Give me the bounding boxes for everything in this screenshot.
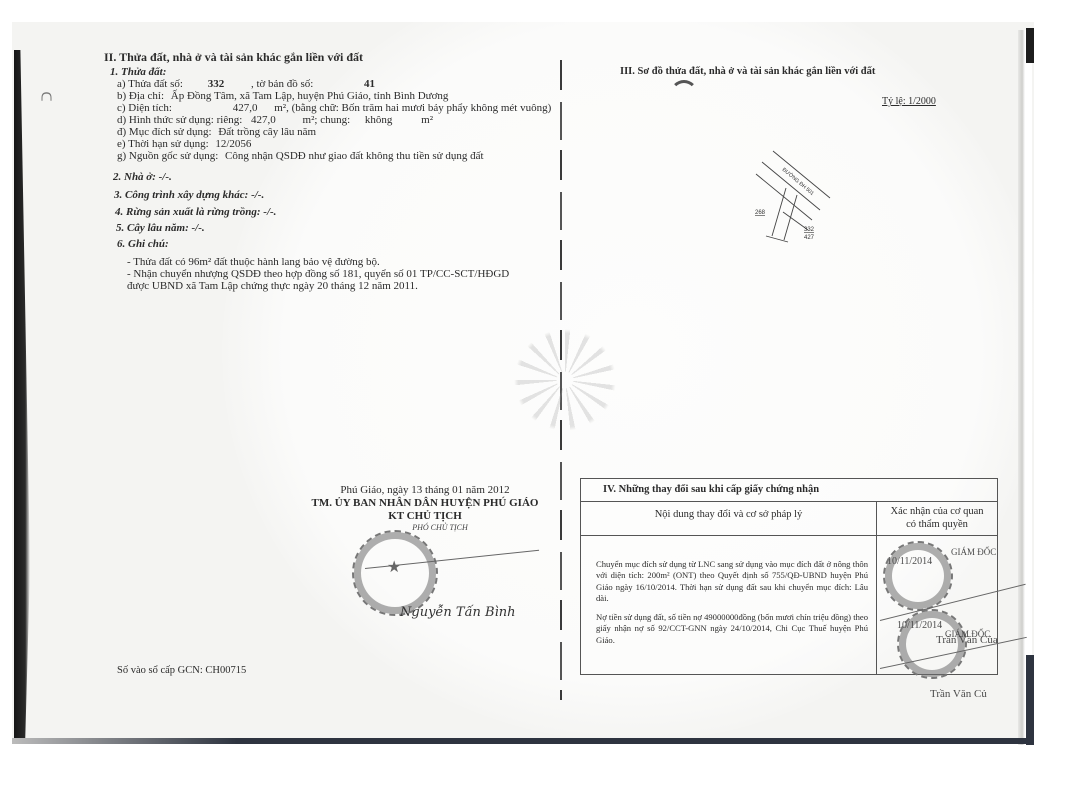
usage-form-label: d) Hình thức sử dụng: riêng: [117, 114, 242, 126]
stamp-date: 10/11/2014 [897, 620, 942, 631]
term-value: 12/2056 [215, 138, 251, 150]
section-iii-title: III. Sơ đồ thửa đất, nhà ở và tài sản kh… [620, 66, 875, 78]
register-number: Số vào sổ cấp GCN: CH00715 [117, 665, 246, 677]
address-label: b) Địa chỉ: [117, 90, 164, 102]
confirm-header-line2: có thẩm quyền [877, 518, 997, 531]
production-forest-item: 4. Rừng sản xuất là rừng trồng: -/-. [115, 206, 276, 218]
column-header-content: Nội dung thay đổi và cơ sở pháp lý [581, 509, 876, 520]
deputy-title: PHÓ CHỦ TỊCH [335, 523, 545, 532]
term-row: e) Thời hạn sử dụng: 12/2056 [117, 138, 251, 150]
address-value: Ấp Đồng Tâm, xã Tam Lập, huyện Phú Giáo,… [171, 90, 449, 102]
scan-shadow-bottom [12, 738, 1034, 744]
origin-row: g) Nguồn gốc sử dụng: Công nhận QSDĐ như… [117, 150, 484, 162]
usage-form-row: d) Hình thức sử dụng: riêng: 427,0 m²; c… [117, 114, 433, 126]
note-line: được UBND xã Tam Lập chứng thực ngày 20 … [127, 280, 418, 292]
stamp-title: GIÁM ĐỐC [951, 547, 996, 557]
stamp-signer-name: Trần Văn Củ [930, 688, 987, 700]
clip-mark-icon: ᑕ [37, 91, 54, 101]
other-construction-item: 3. Công trình xây dựng khác: -/-. [114, 189, 264, 201]
issuer-signature-block: Phú Giáo, ngày 13 tháng 01 năm 2012 TM. … [305, 484, 545, 532]
shared-label: m²; chung: [303, 114, 351, 126]
purpose-row: đ) Mục đích sử dụng: Đất trồng cây lâu n… [117, 126, 316, 138]
origin-value: Công nhận QSDĐ như giao đất không thu ti… [225, 150, 484, 162]
star-watermark-icon [505, 320, 625, 440]
parcel-row: a) Thửa đất số: 332 , tờ bản đồ số: 41 [117, 78, 375, 90]
shared-unit: m² [421, 114, 433, 126]
purpose-value: Đất trồng cây lâu năm [218, 126, 316, 138]
private-area-value: 427,0 [251, 114, 276, 126]
column-header-confirmation: Xác nhận của cơ quan có thẩm quyền [877, 505, 997, 531]
neighbor-parcel-label: 268 [755, 210, 766, 216]
address-row: b) Địa chỉ: Ấp Đồng Tâm, xã Tam Lập, huy… [117, 90, 448, 102]
section-iv-title: IV. Những thay đổi sau khi cấp giấy chứn… [603, 484, 819, 495]
map-scale: Tỷ lệ: 1/2000 [882, 96, 936, 108]
area-value: 427,0 [233, 102, 258, 114]
area-label: c) Diện tích: [117, 102, 172, 114]
signer-role: KT CHỦ TỊCH [305, 510, 545, 523]
parcel-sketch-map: ĐƯỜNG ĐH 501 268 332 427 [740, 140, 850, 250]
stamp-date: 10/11/2014 [887, 556, 932, 567]
signer-name: Nguyễn Tấn Bình [400, 605, 516, 620]
change-entry: Chuyển mục đích sử dụng từ LNC sang sử d… [596, 559, 868, 605]
parcel-number: 332 [208, 78, 225, 90]
area-row: c) Diện tích: 427,0 m², (bằng chữ: Bốn t… [117, 102, 551, 114]
seal-star-icon: ★ [387, 557, 401, 577]
land-heading: 1. Thửa đất: [110, 66, 166, 78]
header-divider [581, 535, 997, 536]
section-ii-title: II. Thửa đất, nhà ở và tài sản khác gắn … [104, 51, 363, 63]
parcel-number-label: 332 [804, 227, 815, 233]
approval-stamp-icon [883, 541, 953, 611]
map-sheet-number: 41 [364, 78, 375, 90]
area-in-words: m², (bằng chữ: Bốn trăm hai mươi bảy phẩ… [274, 102, 551, 114]
scan-shadow-right-top [1026, 28, 1034, 63]
issuing-authority: TM. ỦY BAN NHÂN DÂN HUYỆN PHÚ GIÁO [305, 497, 545, 510]
parcel-area-label: 427 [804, 235, 815, 241]
purpose-label: đ) Mục đích sử dụng: [117, 126, 212, 138]
confirm-header-line1: Xác nhận của cơ quan [877, 505, 997, 518]
origin-label: g) Nguồn gốc sử dụng: [117, 150, 218, 162]
scan-shadow-right-bottom [1026, 655, 1034, 745]
official-seal-icon: ★ [352, 530, 438, 616]
term-label: e) Thời hạn sử dụng: [117, 138, 209, 150]
house-item: 2. Nhà ở: -/-. [113, 171, 172, 183]
table-title-row: IV. Những thay đổi sau khi cấp giấy chứn… [581, 479, 997, 502]
map-sheet-label: , tờ bản đồ số: [251, 78, 313, 90]
punch-hole-mark [670, 80, 698, 108]
place-date: Phú Giáo, ngày 13 tháng 01 năm 2012 [305, 484, 545, 497]
change-entry: Nợ tiền sử dụng đất, số tiền nợ 49000000… [596, 612, 868, 646]
note-line: - Thửa đất có 96m² đất thuộc hành lang b… [127, 256, 380, 268]
note-line: - Nhận chuyển nhượng QSDĐ theo hợp đồng … [127, 268, 509, 280]
perennial-trees-item: 5. Cây lâu năm: -/-. [116, 222, 205, 234]
parcel-label: a) Thửa đất số: [117, 78, 183, 90]
notes-heading: 6. Ghi chú: [117, 238, 169, 250]
shared-area-value: không [365, 114, 393, 126]
